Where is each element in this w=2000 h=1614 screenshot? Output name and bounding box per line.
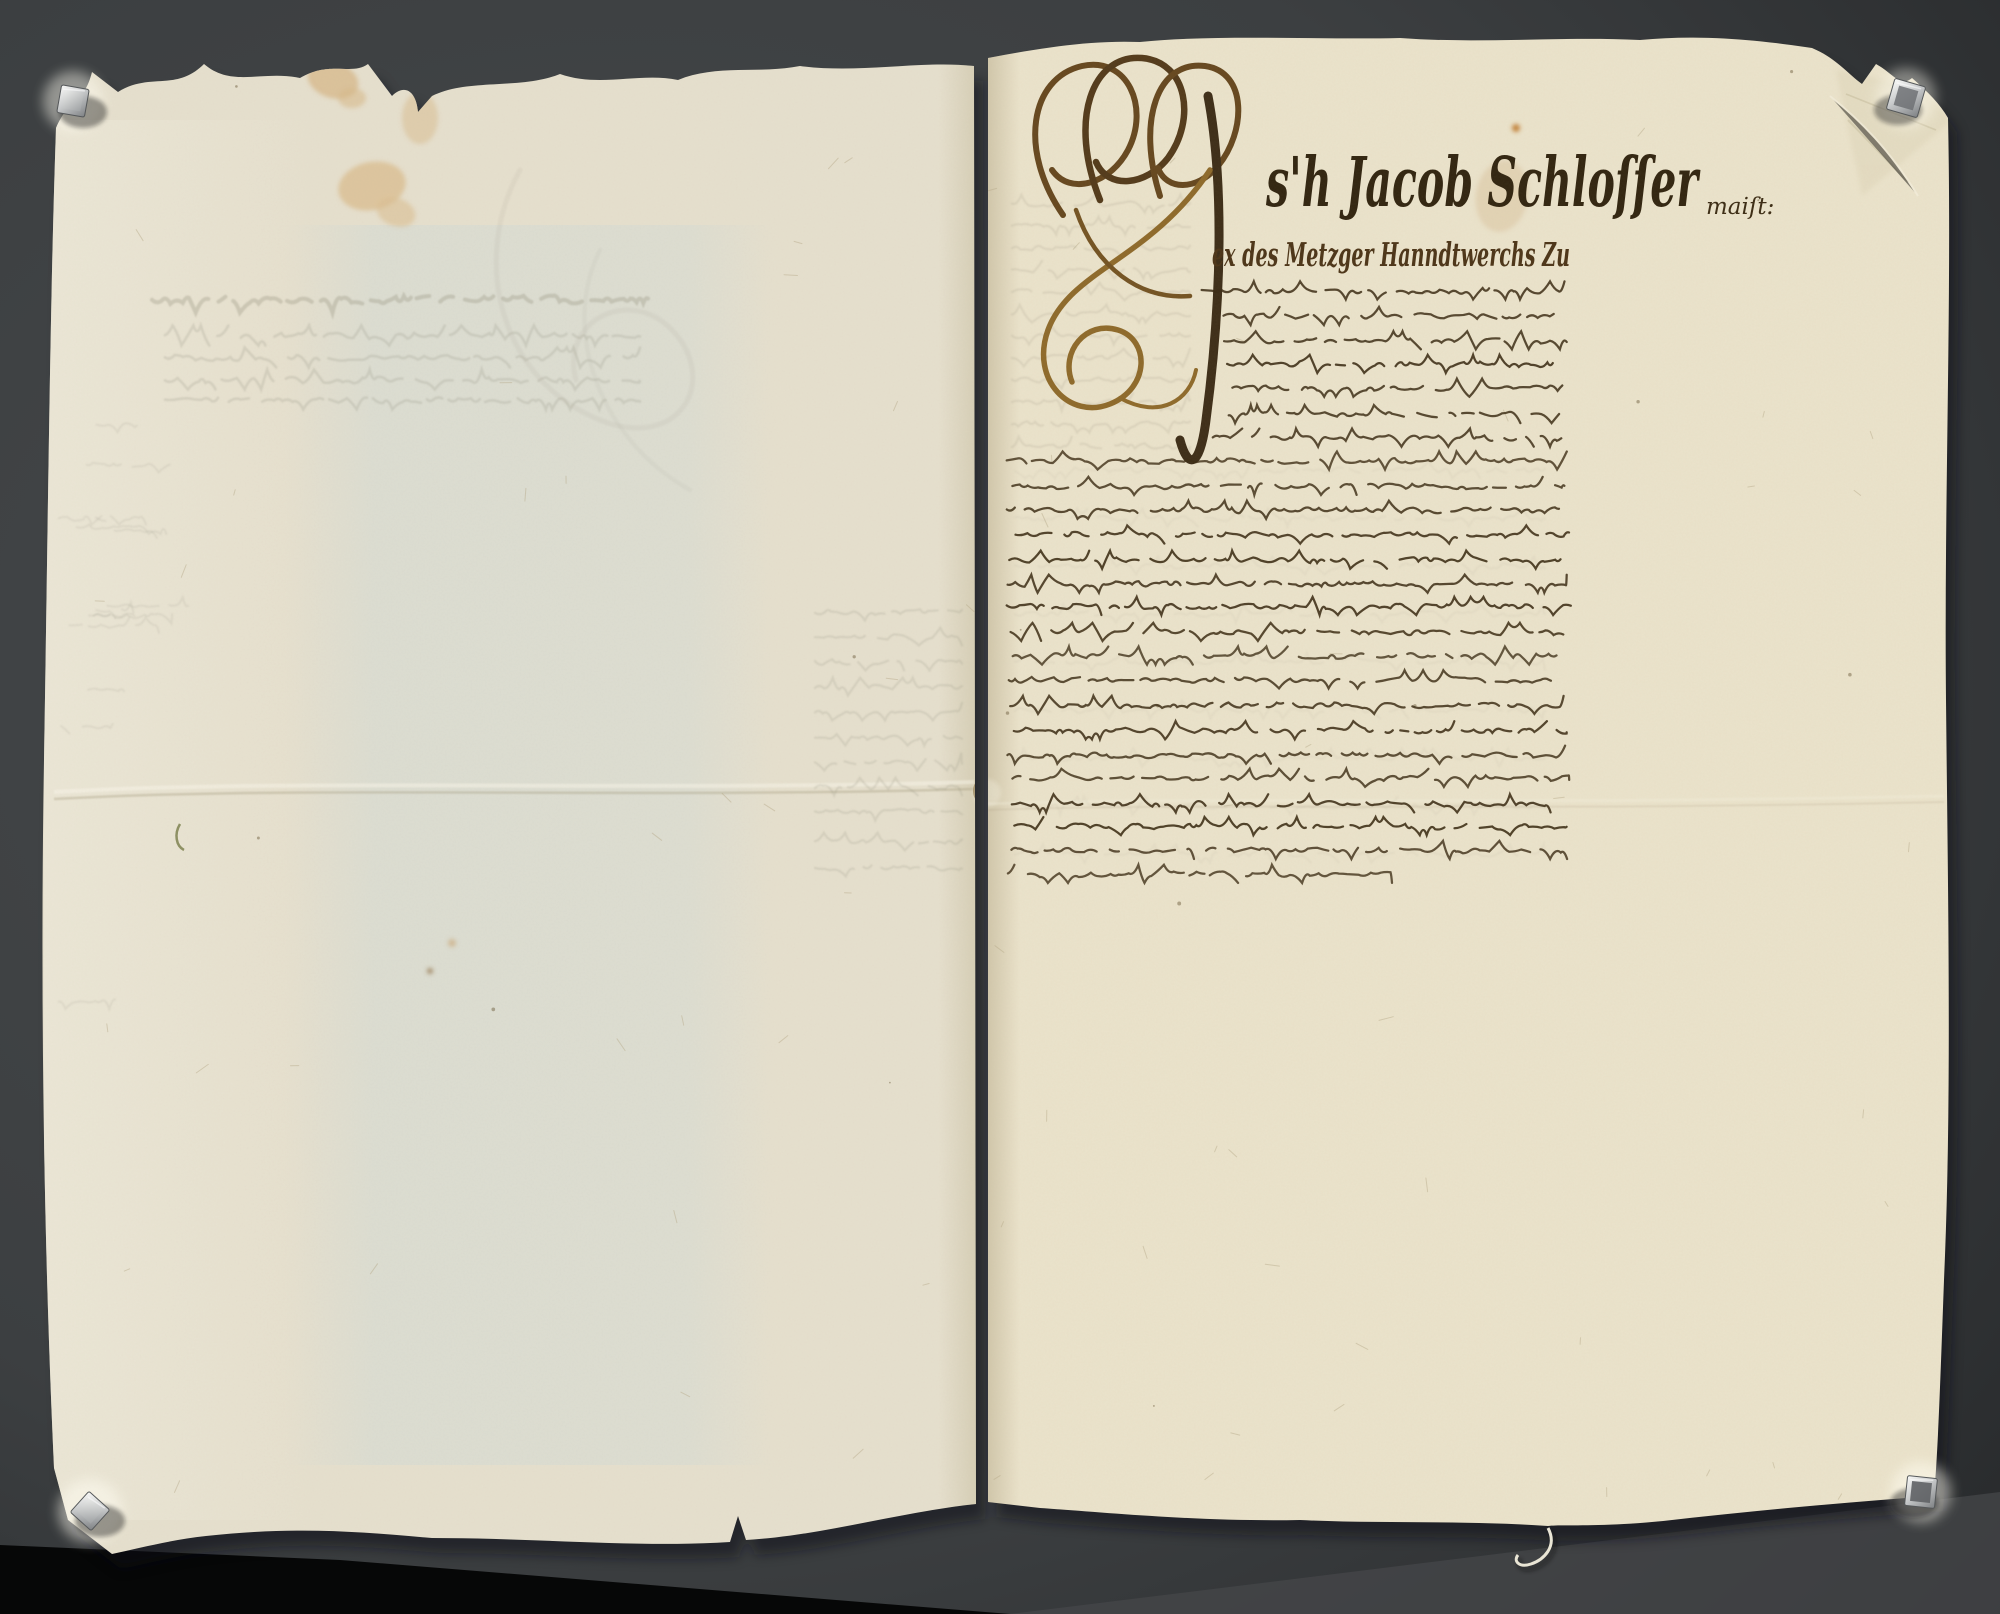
photographed-manuscript: s'h Jacob Schloſſer maiſt: ex des Metzge… [0,0,2000,1614]
paper-grain [30,28,1960,1564]
